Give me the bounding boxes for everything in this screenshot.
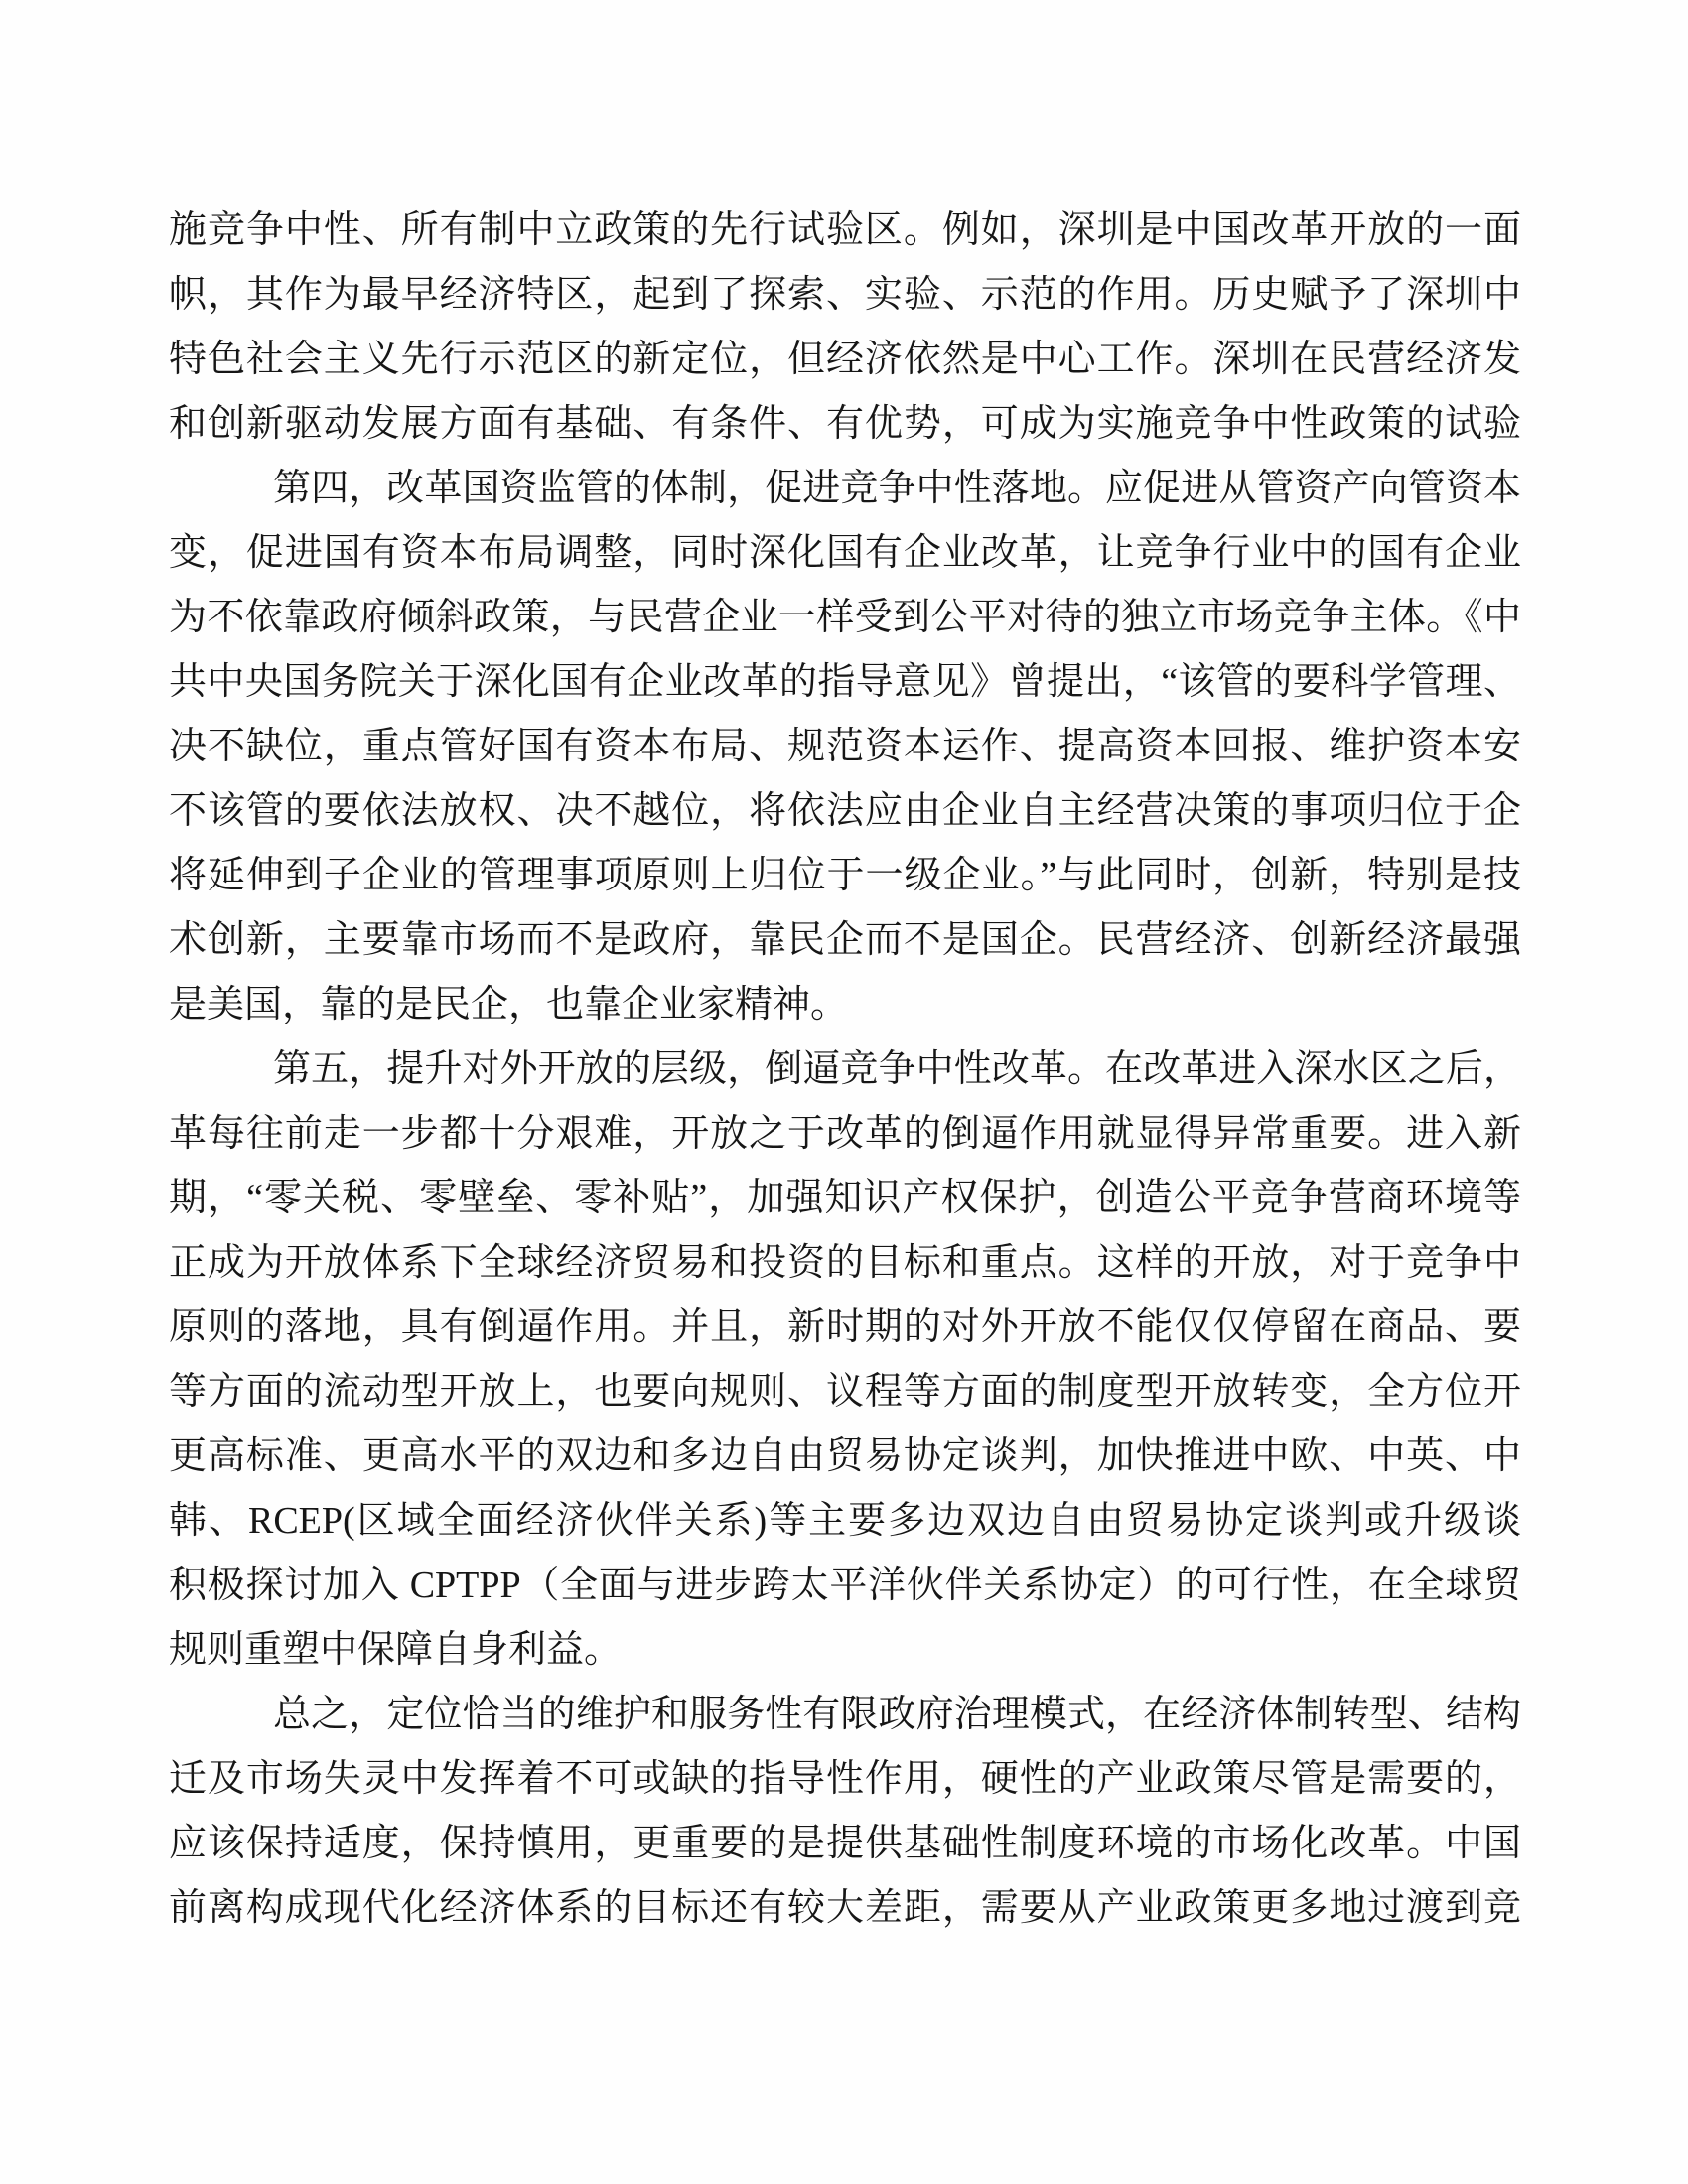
- text-line: 是美国，靠的是民企，也靠企业家精神。: [169, 973, 1521, 1037]
- text-line: 将延伸到子企业的管理事项原则上归位于一级企业。”与此同时，创新，特别是技: [169, 844, 1521, 908]
- text-line: 施竞争中性、所有制中立政策的先行试验区。例如，深圳是中国改革开放的一面旗: [169, 199, 1521, 263]
- text-line: 等方面的流动型开放上，也要向规则、议程等方面的制度型开放转变，全方位开展: [169, 1360, 1521, 1425]
- paragraph: 总之，定位恰当的维护和服务性有限政府治理模式，在经济体制转型、结构变迁及市场失灵…: [169, 1683, 1521, 1941]
- text-line: 前离构成现代化经济体系的目标还有较大差距，需要从产业政策更多地过渡到竞争: [169, 1876, 1521, 1941]
- paragraph: 第四，改革国资监管的体制，促进竞争中性落地。应促进从管资产向管资本转变，促进国有…: [169, 457, 1521, 1037]
- text-line: 革每往前走一步都十分艰难，开放之于改革的倒逼作用就显得异常重要。进入新时: [169, 1102, 1521, 1166]
- text-line: 更高标准、更高水平的双边和多边自由贸易协定谈判，加快推进中欧、中英、中日: [169, 1425, 1521, 1489]
- text-line: 总之，定位恰当的维护和服务性有限政府治理模式，在经济体制转型、结构变: [169, 1683, 1521, 1747]
- text-line: 为不依靠政府倾斜政策，与民营企业一样受到公平对待的独立市场竞争主体。《中: [169, 586, 1521, 650]
- text-line: 不该管的要依法放权、决不越位，将依法应由企业自主经营决策的事项归位于企业，: [169, 779, 1521, 844]
- text-line: 迁及市场失灵中发挥着不可或缺的指导性作用，硬性的产业政策尽管是需要的，但: [169, 1747, 1521, 1812]
- text-line: 积极探讨加入 CPTPP（全面与进步跨太平洋伙伴关系协定）的可行性，在全球贸易: [169, 1554, 1521, 1618]
- text-line: 应该保持适度，保持慎用，更重要的是提供基础性制度环境的市场化改革。中国目: [169, 1812, 1521, 1876]
- text-line: 第五，提升对外开放的层级，倒逼竞争中性改革。在改革进入深水区之后，改: [169, 1037, 1521, 1102]
- text-line: 决不缺位，重点管好国有资本布局、规范资本运作、提高资本回报、维护资本安全；: [169, 715, 1521, 779]
- page-text: 施竞争中性、所有制中立政策的先行试验区。例如，深圳是中国改革开放的一面旗帜，其作…: [169, 199, 1521, 1941]
- text-line: 共中央国务院关于深化国有企业改革的指导意见》曾提出，“该管的要科学管理、: [169, 650, 1521, 715]
- text-line: 原则的落地，具有倒逼作用。并且，新时期的对外开放不能仅仅停留在商品、要素: [169, 1296, 1521, 1360]
- paragraph: 施竞争中性、所有制中立政策的先行试验区。例如，深圳是中国改革开放的一面旗帜，其作…: [169, 199, 1521, 457]
- text-line: 第四，改革国资监管的体制，促进竞争中性落地。应促进从管资产向管资本转: [169, 457, 1521, 521]
- text-line: 帜，其作为最早经济特区，起到了探索、实验、示范的作用。历史赋予了深圳中国: [169, 263, 1521, 328]
- text-line: 特色社会主义先行示范区的新定位，但经济依然是中心工作。深圳在民营经济发展: [169, 328, 1521, 392]
- text-line: 韩、RCEP(区域全面经济伙伴关系)等主要多边双边自由贸易协定谈判或升级谈判，: [169, 1489, 1521, 1554]
- text-line: 术创新，主要靠市场而不是政府，靠民企而不是国企。民营经济、创新经济最强的: [169, 908, 1521, 973]
- text-line: 和创新驱动发展方面有基础、有条件、有优势，可成为实施竞争中性政策的试验区。: [169, 392, 1521, 457]
- text-line: 正成为开放体系下全球经济贸易和投资的目标和重点。这样的开放，对于竞争中性: [169, 1231, 1521, 1296]
- paragraph: 第五，提升对外开放的层级，倒逼竞争中性改革。在改革进入深水区之后，改革每往前走一…: [169, 1037, 1521, 1683]
- text-line: 期，“零关税、零壁垒、零补贴”，加强知识产权保护，创造公平竞争营商环境等: [169, 1166, 1521, 1231]
- document-page: 施竞争中性、所有制中立政策的先行试验区。例如，深圳是中国改革开放的一面旗帜，其作…: [0, 0, 1688, 2184]
- text-line: 变，促进国有资本布局调整，同时深化国有企业改革，让竞争行业中的国有企业成: [169, 521, 1521, 586]
- text-line: 规则重塑中保障自身利益。: [169, 1618, 1521, 1683]
